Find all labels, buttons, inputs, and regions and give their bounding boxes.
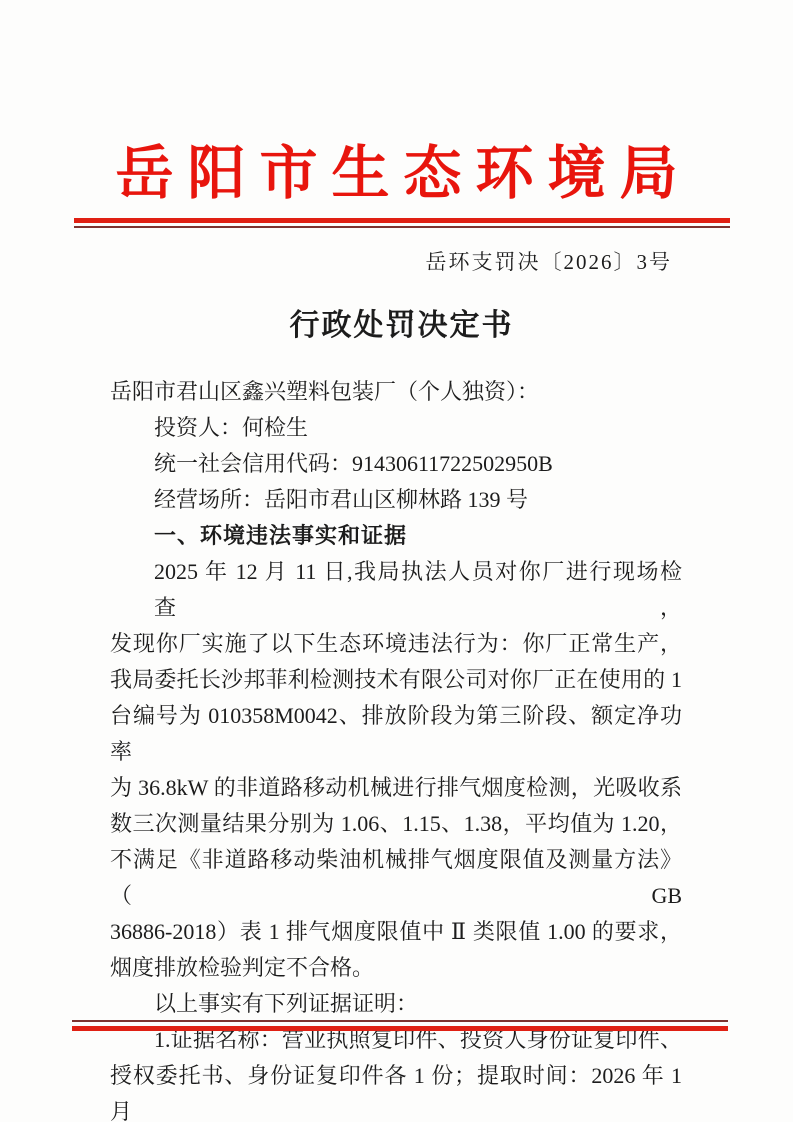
document-line: 统一社会信用代码：91430611722502950B [110, 446, 682, 482]
document-line: 投资人：何检生 [110, 410, 682, 446]
document-line: 台编号为 010358M0042、排放阶段为第三阶段、额定净功率 [110, 698, 682, 770]
footer-rule-dark [72, 1020, 728, 1022]
document-line: 不满足《非道路移动柴油机械排气烟度限值及测量方法》（GB [110, 842, 682, 914]
document-title: 行政处罚决定书 [10, 300, 793, 344]
document-line: 发现你厂实施了以下生态环境违法行为：你厂正常生产， [110, 626, 682, 662]
document-line: 36886-2018）表 1 排气烟度限值中 Ⅱ 类限值 1.00 的要求， [110, 914, 682, 950]
document-line: 我局委托长沙邦菲利检测技术有限公司对你厂正在使用的 1 [110, 662, 682, 698]
document-line: 以上事实有下列证据证明： [110, 986, 682, 1022]
document-reference-number: 岳环支罚决〔2026〕3号 [426, 246, 673, 276]
document-line: 数三次测量结果分别为 1.06、1.15、1.38，平均值为 1.20， [110, 806, 682, 842]
document-page: 岳阳市生态环境局 岳环支罚决〔2026〕3号 行政处罚决定书 岳阳市君山区鑫兴塑… [0, 0, 793, 1122]
document-line: 2025 年 12 月 11 日,我局执法人员对你厂进行现场检查， [110, 554, 682, 626]
document-body: 岳阳市君山区鑫兴塑料包装厂（个人独资）：投资人：何检生统一社会信用代码：9143… [110, 374, 682, 1122]
document-line: 为 36.8kW 的非道路移动机械进行排气烟度检测，光吸收系 [110, 770, 682, 806]
letterhead-agency-name: 岳阳市生态环境局 [0, 126, 793, 210]
footer-rule-red [72, 1026, 728, 1031]
letterhead-rule-red [74, 218, 730, 223]
letterhead-rule-dark [74, 226, 730, 228]
document-line: 经营场所：岳阳市君山区柳林路 139 号 [110, 482, 682, 518]
document-line: 授权委托书、身份证复印件各 1 份；提取时间：2026 年 1 月 [110, 1058, 682, 1122]
document-line: 岳阳市君山区鑫兴塑料包装厂（个人独资）： [110, 374, 682, 410]
document-line: 一、环境违法事实和证据 [110, 518, 682, 554]
document-line: 烟度排放检验判定不合格。 [110, 950, 682, 986]
